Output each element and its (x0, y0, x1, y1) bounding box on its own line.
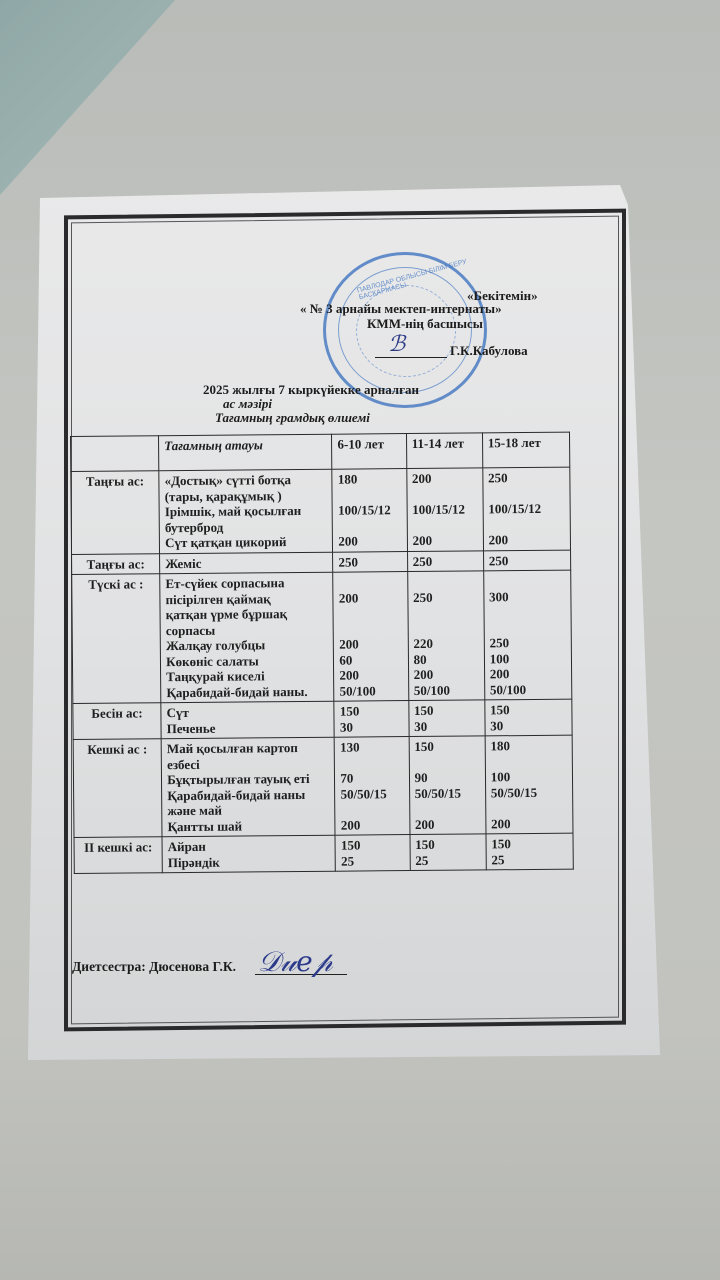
portion-6-10-line: 60 (339, 652, 402, 668)
portion-6-10: 2002006020050/100 (333, 572, 408, 702)
portion-15-18: 15025 (486, 833, 574, 870)
portion-6-10-line (341, 801, 404, 817)
portion-11-14: 15025 (410, 834, 486, 871)
portion-6-10: 250 (333, 551, 407, 572)
table-row: Таңғы ас:«Достық» сүтті ботқа(тары, қара… (71, 467, 571, 554)
portion-11-14-line (414, 754, 479, 770)
food-items-line: Ет-сүйек сорпасына (165, 575, 327, 592)
portion-11-14-line: 150 (414, 738, 479, 754)
portion-11-14-line (413, 620, 478, 636)
food-items-line: Сүт қатқан цикорий (165, 534, 327, 551)
portion-6-10-line: 200 (338, 533, 401, 549)
meal-name: Таңғы ас: (72, 553, 160, 574)
portion-11-14-line: 25 (415, 852, 480, 868)
portion-11-14-line: 200 (414, 666, 479, 682)
food-items: АйранПірәндік (162, 835, 336, 873)
director-signature: ℬ (388, 332, 405, 357)
portion-15-18-line: 50/100 (490, 681, 566, 697)
portion-15-18: 30025010020050/100 (483, 570, 571, 700)
food-items-line: «Достық» сүтті ботқа (164, 472, 326, 489)
head-title: КММ-нің басшысы (367, 316, 483, 332)
portion-6-10-line: 70 (340, 770, 403, 786)
meal-name: Кешкі ас : (73, 739, 162, 838)
portion-11-14: 15030 (408, 700, 484, 737)
portion-6-10-line (338, 518, 401, 534)
meal-name: Түскі ас : (72, 574, 161, 704)
food-items-line: Айран (168, 838, 330, 855)
portion-11-14-line (412, 486, 477, 502)
portion-11-14-line: 80 (414, 651, 479, 667)
director-name: Г.К.Кабулова (450, 343, 528, 359)
portion-15-18-line: 200 (490, 666, 566, 682)
table-row: ІІ кешкі ас:АйранПірәндік150251502515025 (74, 833, 573, 873)
portion-11-14-line (415, 800, 480, 816)
food-items-line: Қарабидай-бидай наны. (166, 683, 328, 700)
portion-15-18-line: 250 (488, 470, 564, 486)
food-items-line: Печенье (167, 719, 329, 736)
portion-6-10-line: 200 (339, 636, 402, 652)
portion-11-14: 1509050/50/15200 (409, 736, 486, 835)
portion-15-18: 250 (483, 550, 570, 571)
portion-11-14-line: 100/15/12 (412, 501, 477, 517)
meal-name: ІІ кешкі ас: (74, 837, 162, 874)
portion-6-10-line: 200 (339, 667, 402, 683)
portion-15-18-line: 100 (491, 769, 567, 785)
table-row: Кешкі ас :Май қосылған картопезбесіБұқты… (73, 735, 573, 837)
portion-6-10-line: 50/50/15 (340, 786, 403, 802)
portion-11-14-line: 250 (413, 553, 478, 569)
portion-15-18-line (488, 516, 564, 532)
portion-11-14-line: 200 (412, 532, 477, 548)
table-row: Бесін ас:СүтПеченье150301503015030 (73, 699, 572, 739)
portion-11-14-line: 90 (415, 769, 480, 785)
food-items: «Достық» сүтті ботқа(тары, қарақұмық )Ір… (159, 469, 333, 553)
portion-15-18-line (489, 619, 565, 635)
portion-15-18-line: 25 (491, 851, 567, 867)
food-items-line: қатқан үрме бұршақ (166, 606, 328, 623)
header-age-15-18: 15-18 лет (482, 432, 570, 468)
portion-15-18-line (489, 573, 565, 589)
portion-6-10-line: 130 (340, 739, 403, 755)
portion-15-18-line (488, 485, 564, 501)
food-items-line: пісірілген қаймақ (166, 590, 328, 607)
portion-6-10-line: 200 (339, 590, 402, 606)
portion-11-14-line (412, 517, 477, 533)
portion-15-18-line: 200 (489, 532, 565, 548)
portion-15-18-line: 250 (489, 552, 565, 568)
food-items: Жеміс (160, 552, 333, 574)
portion-6-10-line: 50/100 (340, 683, 403, 699)
food-items-line: Пірәндік (168, 853, 330, 870)
portion-6-10-line: 150 (340, 703, 403, 719)
portion-11-14: 250 (407, 550, 483, 571)
food-items-line: Май қосылған картоп (167, 740, 329, 757)
portion-15-18-line: 300 (489, 588, 565, 604)
food-items-line: Жалқау голубцы (166, 637, 328, 654)
director-signature-line (375, 357, 447, 358)
dietitian-signature: 𝒟𝓊𝑒𝓅 (258, 945, 333, 979)
portion-6-10: 1307050/50/15200 (335, 737, 410, 836)
portion-15-18-line: 150 (491, 836, 567, 852)
portion-6-10-line: 150 (341, 837, 404, 853)
portion-15-18-line (489, 604, 565, 620)
portion-6-10: 15025 (335, 835, 410, 872)
table-header-row: Тағамның атауы 6-10 лет 11-14 лет 15-18 … (71, 432, 570, 471)
food-items-line: Бұқтырылған тауық еті (167, 771, 329, 788)
food-items-line: езбесі (167, 755, 329, 772)
food-items: СүтПеченье (161, 701, 335, 739)
header-age-11-14: 11-14 лет (406, 433, 482, 469)
portion-11-14-line (413, 604, 478, 620)
portion-15-18-line: 100 (490, 650, 566, 666)
table-row: Түскі ас :Ет-сүйек сорпасынапісірілген қ… (72, 570, 572, 703)
meal-name: Бесін ас: (73, 703, 161, 740)
institution-name: « № 3 арнайы мектеп-интернаты» (300, 301, 502, 317)
dietitian-label: Диетсестра: Дюсенова Г.К. (72, 959, 236, 975)
portion-11-14-line: 250 (413, 589, 478, 605)
portion-6-10-line: 25 (341, 853, 404, 869)
portion-15-18-line (491, 800, 567, 816)
food-items: Ет-сүйек сорпасынапісірілген қаймаққатқа… (160, 572, 334, 703)
food-items-line: бутерброд (165, 518, 327, 535)
portion-15-18-line: 100/15/12 (488, 501, 564, 517)
food-items: Май қосылған картопезбесіБұқтырылған тау… (161, 737, 335, 837)
portion-11-14-line: 150 (414, 702, 479, 718)
portion-15-18-line: 180 (490, 738, 566, 754)
food-items-line: Сүт (167, 704, 329, 721)
portion-11-14-line: 50/50/15 (415, 785, 480, 801)
portion-15-18-line (490, 753, 566, 769)
portion-6-10-line (339, 605, 402, 621)
portion-11-14-line: 150 (415, 836, 480, 852)
portion-15-18-line: 150 (490, 702, 566, 718)
portion-6-10-line: 200 (341, 817, 404, 833)
portion-6-10: 180100/15/12200 (332, 469, 407, 552)
portion-6-10-line (340, 755, 403, 771)
portion-11-14: 2502208020050/100 (407, 571, 484, 701)
portion-6-10-line: 100/15/12 (338, 502, 401, 518)
portion-15-18-line: 200 (491, 815, 567, 831)
food-items-line: Жеміс (165, 554, 327, 571)
portion-15-18: 250100/15/12200 (482, 467, 570, 550)
food-items-line: сорпасы (166, 621, 328, 638)
food-items-line: Ірімшік, май қосылған (165, 503, 327, 520)
food-items-line: Таңқурай киселі (166, 668, 328, 685)
portion-11-14-line (413, 573, 478, 589)
portion-6-10-line (338, 487, 401, 503)
food-items-line: Қантты шай (167, 817, 329, 834)
food-items-line: және май (167, 802, 329, 819)
portion-11-14: 200100/15/12200 (406, 468, 483, 551)
portion-6-10-line: 30 (340, 719, 403, 735)
food-items-line: Көкөніс салаты (166, 652, 328, 669)
portion-11-14-line: 30 (414, 718, 479, 734)
background-glass-panel (0, 0, 180, 200)
portion-11-14-line: 50/100 (414, 682, 479, 698)
header-age-6-10: 6-10 лет (332, 434, 407, 470)
portion-11-14-line: 200 (412, 470, 477, 486)
portion-size-title: Тағамның грамдық өлшемі (215, 410, 370, 426)
food-items-line: (тары, қарақұмық ) (165, 487, 327, 504)
portion-11-14-line: 220 (413, 635, 478, 651)
portion-15-18: 18010050/50/15200 (485, 735, 573, 834)
portion-15-18-line: 30 (490, 717, 566, 733)
portion-15-18-line: 50/50/15 (491, 784, 567, 800)
portion-15-18-line: 250 (489, 635, 565, 651)
portion-6-10-line: 250 (338, 554, 401, 570)
portion-6-10-line: 180 (338, 471, 401, 487)
portion-11-14-line: 200 (415, 816, 480, 832)
header-meal (71, 436, 159, 472)
meal-name: Таңғы ас: (71, 471, 160, 554)
header-food-name: Тағамның атауы (159, 434, 333, 471)
menu-table: Тағамның атауы 6-10 лет 11-14 лет 15-18 … (70, 432, 574, 874)
food-items-line: Қарабидай-бидай наны (167, 786, 329, 803)
portion-6-10-line (339, 621, 402, 637)
portion-6-10: 15030 (334, 701, 409, 738)
portion-6-10-line (339, 574, 402, 590)
portion-15-18: 15030 (485, 699, 573, 736)
